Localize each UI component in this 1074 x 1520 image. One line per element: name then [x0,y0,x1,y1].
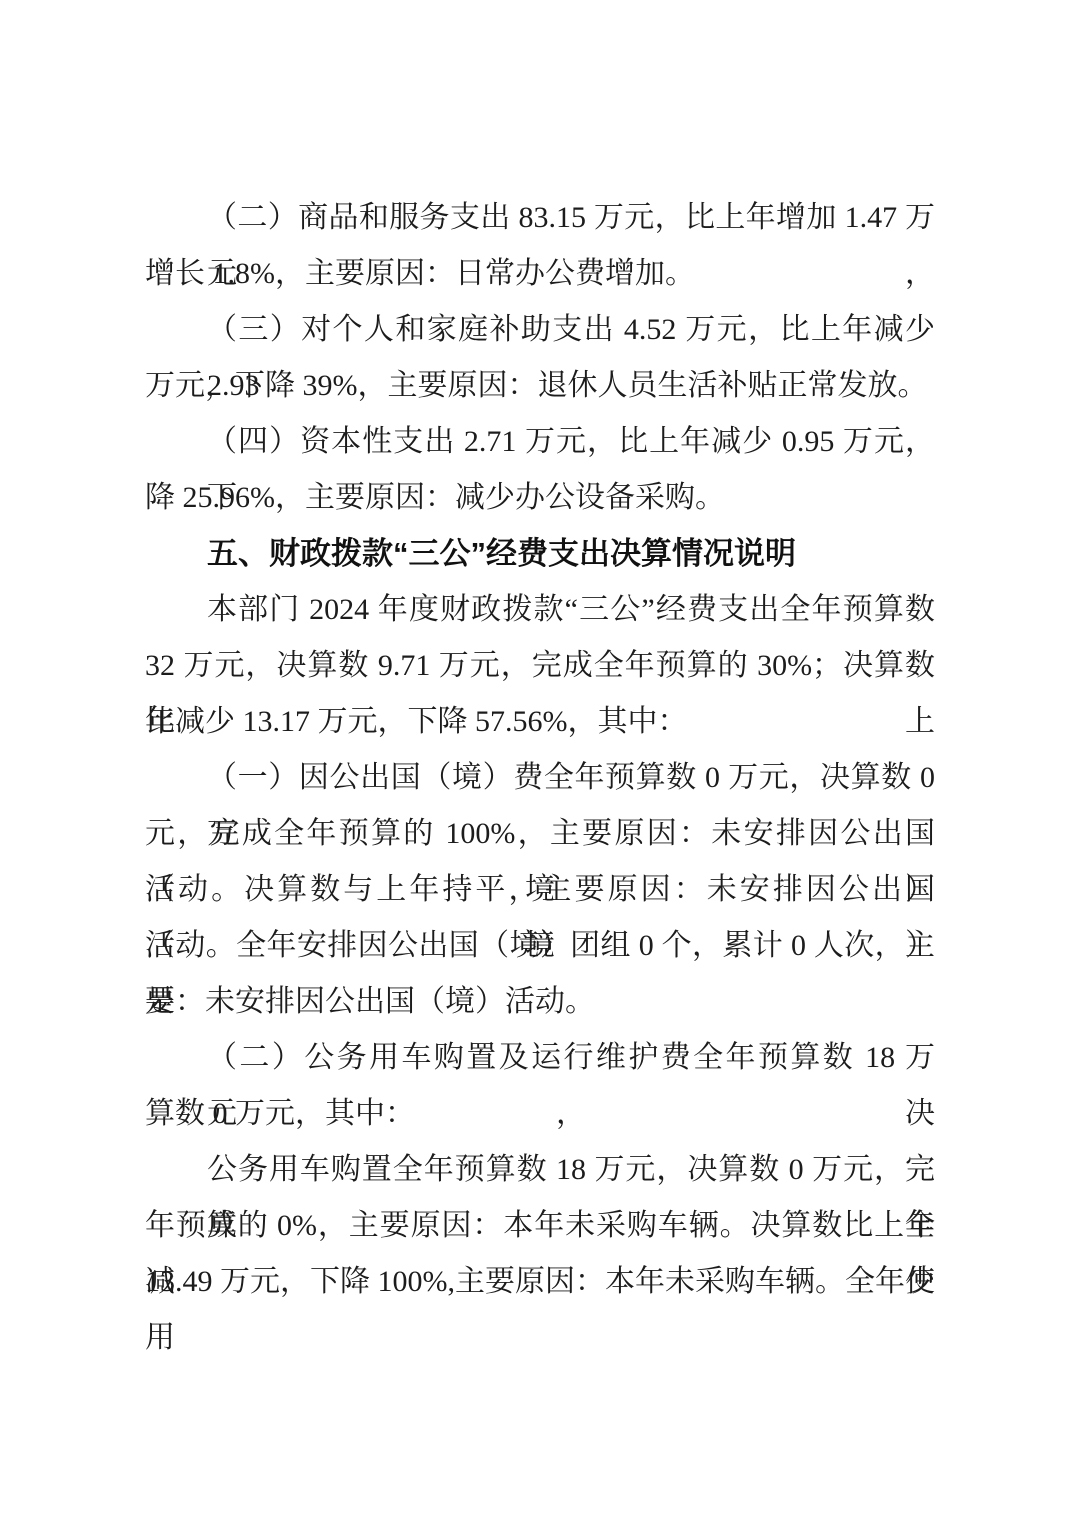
text-line: 元，完成全年预算的 100%，主要原因：未安排因公出国（境） [145,806,935,862]
text-line: 13.49 万元，下降 100%,主要原因：本年未采购车辆。全年使用 [145,1254,935,1310]
text-line: 32 万元，决算数 9.71 万元，完成全年预算的 30%；决算数比上 [145,638,935,694]
paragraph: （三）对个人和家庭补助支出 4.52 万元，比上年减少 2.93万元，下降 39… [145,302,935,414]
text-line: 活动。全年安排因公出国（境）团组 0 个，累计 0 人次，主要 [145,918,935,974]
heading-line: 五、财政拨款“三公”经费支出决算情况说明 [145,526,935,582]
text-line: 公务用车购置全年预算数 18 万元，决算数 0 万元，完成全 [145,1142,935,1198]
document-page: （二）商品和服务支出 83.15 万元，比上年增加 1.47 万元，增长 1.8… [0,0,1074,1520]
text-line: 万元，下降 39%，主要原因：退休人员生活补贴正常发放。 [145,358,935,414]
paragraph: （四）资本性支出 2.71 万元，比上年减少 0.95 万元，下降 25.96%… [145,414,935,526]
paragraph: 本部门 2024 年度财政拨款“三公”经费支出全年预算数32 万元，决算数 9.… [145,582,935,750]
text-line: 年预算的 0%，主要原因：本年未采购车辆。决算数比上年减少 [145,1198,935,1254]
paragraph: （二）公务用车购置及运行维护费全年预算数 18 万元，决算数 0 万元，其中： [145,1030,935,1142]
section-heading: 五、财政拨款“三公”经费支出决算情况说明 [145,526,935,582]
text-line: （二）商品和服务支出 83.15 万元，比上年增加 1.47 万元， [145,190,935,246]
paragraph: （一）因公出国（境）费全年预算数 0 万元，决算数 0 万元，完成全年预算的 1… [145,750,935,1030]
document-body: （二）商品和服务支出 83.15 万元，比上年增加 1.47 万元，增长 1.8… [145,190,935,1310]
paragraph: （二）商品和服务支出 83.15 万元，比上年增加 1.47 万元，增长 1.8… [145,190,935,302]
text-line: （一）因公出国（境）费全年预算数 0 万元，决算数 0 万 [145,750,935,806]
text-line: （二）公务用车购置及运行维护费全年预算数 18 万元，决 [145,1030,935,1086]
paragraph: 公务用车购置全年预算数 18 万元，决算数 0 万元，完成全年预算的 0%，主要… [145,1142,935,1310]
text-line: 本部门 2024 年度财政拨款“三公”经费支出全年预算数 [145,582,935,638]
text-line: 活动。决算数与上年持平，主要原因：未安排因公出国（境） [145,862,935,918]
text-line: （四）资本性支出 2.71 万元，比上年减少 0.95 万元，下 [145,414,935,470]
text-line: （三）对个人和家庭补助支出 4.52 万元，比上年减少 2.93 [145,302,935,358]
text-line: 是：未安排因公出国（境）活动。 [145,974,935,1030]
text-line: 降 25.96%，主要原因：减少办公设备采购。 [145,470,935,526]
